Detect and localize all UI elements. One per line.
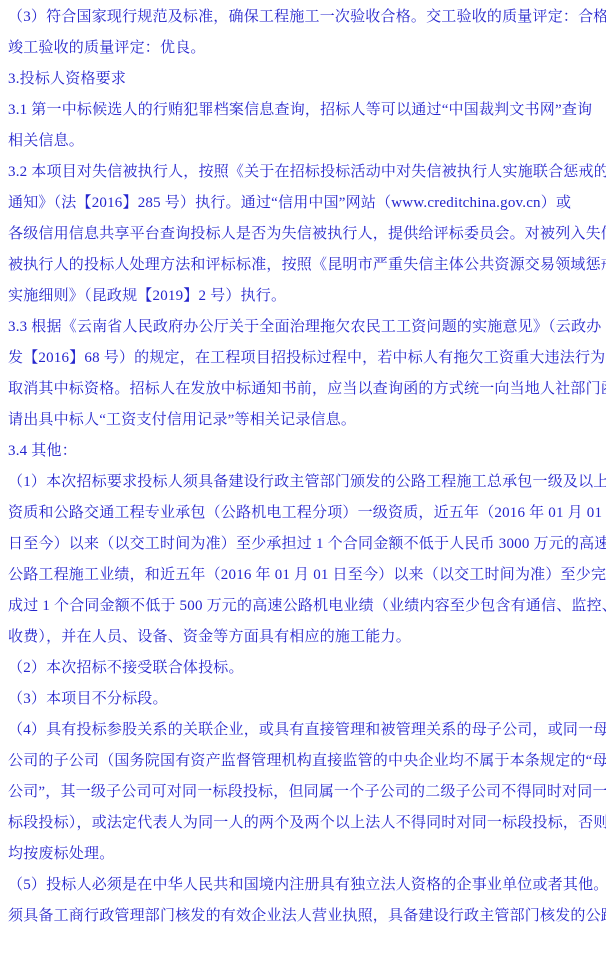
text-line: 取消其中标资格。招标人在发放中标通知书前，应当以查询函的方式统一向当地人社部门函 <box>8 374 606 405</box>
text-line: 公司”，其一级子公司可对同一标段投标，但同属一个子公司的二级子公司不得同时对同一 <box>8 777 606 808</box>
text-line: （4）具有投标参股关系的关联企业，或具有直接管理和被管理关系的母子公司，或同一母 <box>8 715 606 746</box>
text-line: 均按废标处理。 <box>8 839 606 870</box>
text-line: 资质和公路交通工程专业承包（公路机电工程分项）一级资质，近五年（2016 年 0… <box>8 498 606 529</box>
document-page: （3）符合国家现行规范及标准，确保工程施工一次验收合格。交工验收的质量评定：合格… <box>0 0 612 977</box>
text-line: 须具备工商行政管理部门核发的有效企业法人营业执照，具备建设行政主管部门核发的公路 <box>8 901 606 932</box>
text-line: 3.2 本项目对失信被执行人，按照《关于在招标投标活动中对失信被执行人实施联合惩… <box>8 157 606 188</box>
text-line: （1）本次招标要求投标人须具备建设行政主管部门颁发的公路工程施工总承包一级及以上 <box>8 467 606 498</box>
text-line: （2）本次招标不接受联合体投标。 <box>8 653 606 684</box>
text-line: 标段投标），或法定代表人为同一人的两个及两个以上法人不得同时对同一标段投标，否则 <box>8 808 606 839</box>
text-line: 收费），并在人员、设备、资金等方面具有相应的施工能力。 <box>8 622 606 653</box>
text-line: 请出具中标人“工资支付信用记录”等相关记录信息。 <box>8 405 606 436</box>
text-line: （5）投标人必须是在中华人民共和国境内注册具有独立法人资格的企事业单位或者其他。 <box>8 870 606 901</box>
text-line: 通知》（法【2016】285 号）执行。通过“信用中国”网站（www.credi… <box>8 188 606 219</box>
text-line: 公路工程施工业绩，和近五年（2016 年 01 月 01 日至今）以来（以交工时… <box>8 560 606 591</box>
text-line: 3.3 根据《云南省人民政府办公厅关于全面治理拖欠农民工工资问题的实施意见》（云… <box>8 312 606 343</box>
text-line: 日至今）以来（以交工时间为准）至少承担过 1 个合同金额不低于人民币 3000 … <box>8 529 606 560</box>
text-line: 各级信用信息共享平台查询投标人是否为失信被执行人，提供给评标委员会。对被列入失信 <box>8 219 606 250</box>
text-line: 被执行人的投标人处理方法和评标标准，按照《昆明市严重失信主体公共资源交易领域惩戒 <box>8 250 606 281</box>
text-line: 实施细则》（昆政规【2019】2 号）执行。 <box>8 281 606 312</box>
text-line: 成过 1 个合同金额不低于 500 万元的高速公路机电业绩（业绩内容至少包含有通… <box>8 591 606 622</box>
text-line: 竣工验收的质量评定：优良。 <box>8 33 606 64</box>
text-line: 3.4 其他： <box>8 436 606 467</box>
text-line: 发【2016】68 号）的规定，在工程项目招投标过程中，若中标人有拖欠工资重大违… <box>8 343 606 374</box>
text-line: （3）本项目不分标段。 <box>8 684 606 715</box>
text-line: 3.1 第一中标候选人的行贿犯罪档案信息查询，招标人等可以通过“中国裁判文书网”… <box>8 95 606 126</box>
text-line: 公司的子公司（国务院国有资产监督管理机构直接监管的中央企业均不属于本条规定的“母 <box>8 746 606 777</box>
text-line: （3）符合国家现行规范及标准，确保工程施工一次验收合格。交工验收的质量评定：合格… <box>8 2 606 33</box>
document-content: （3）符合国家现行规范及标准，确保工程施工一次验收合格。交工验收的质量评定：合格… <box>8 2 606 932</box>
text-line: 相关信息。 <box>8 126 606 157</box>
text-line: 3.投标人资格要求 <box>8 64 606 95</box>
